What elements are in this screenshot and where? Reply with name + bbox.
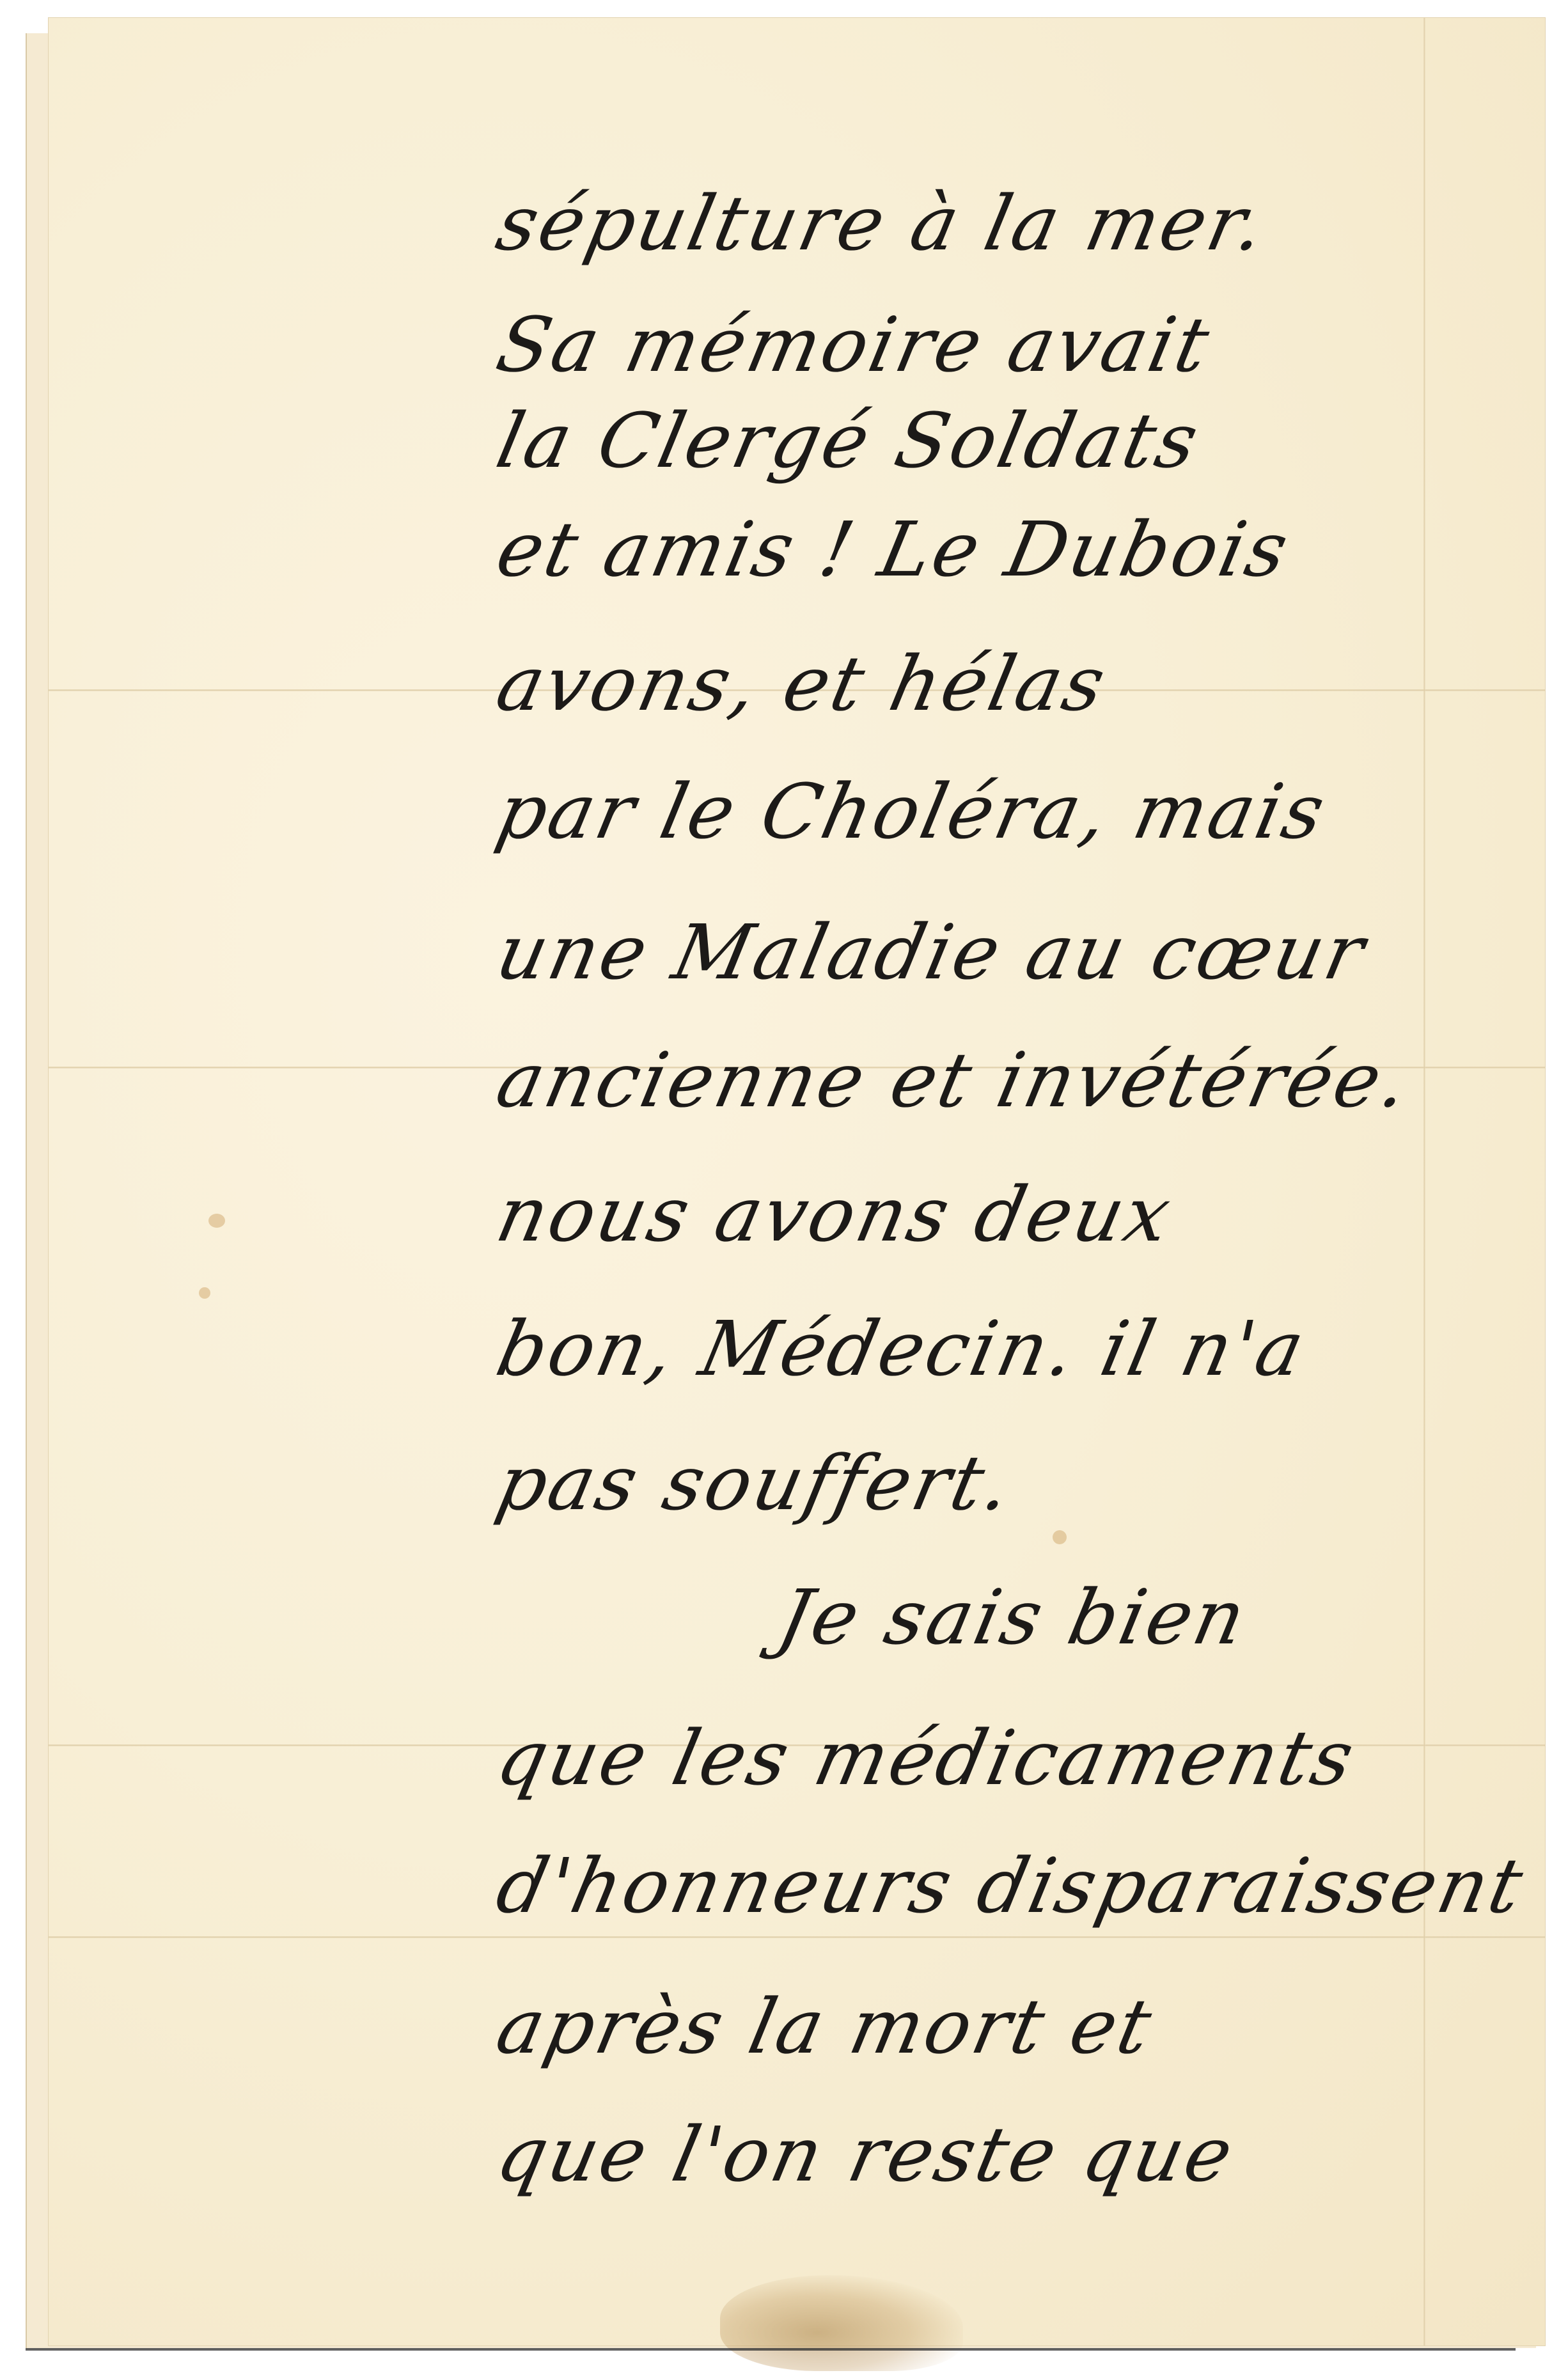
text-line: pas souffert. (489, 1439, 1021, 1527)
text-line: sépulture à la mer. (489, 179, 1274, 267)
text-line: Je sais bien (771, 1573, 1255, 1661)
text-line: une Maladie au cœur (489, 908, 1374, 996)
text-line: que l'on reste que (489, 2110, 1243, 2198)
text-line: après la mort et (489, 1982, 1161, 2071)
text-line: la Clergé Soldats (489, 396, 1208, 485)
text-line: Sa mémoire avait (489, 301, 1219, 389)
text-line: bon, Médecin. il n'a (489, 1304, 1314, 1393)
text-line: nous avons deux (489, 1170, 1180, 1258)
text-line: et amis ! Le Dubois (489, 505, 1298, 593)
text-line: d'honneurs disparaissent (489, 1842, 1532, 1930)
text-line: que les médicaments (489, 1714, 1363, 1802)
handwritten-text: sépulture à la mer. Sa mémoire avait la … (0, 0, 1568, 2373)
text-line: ancienne et invétérée. (489, 1036, 1418, 1124)
text-line: par le Choléra, mais (489, 767, 1334, 856)
text-line: avons, et hélas (489, 639, 1115, 728)
